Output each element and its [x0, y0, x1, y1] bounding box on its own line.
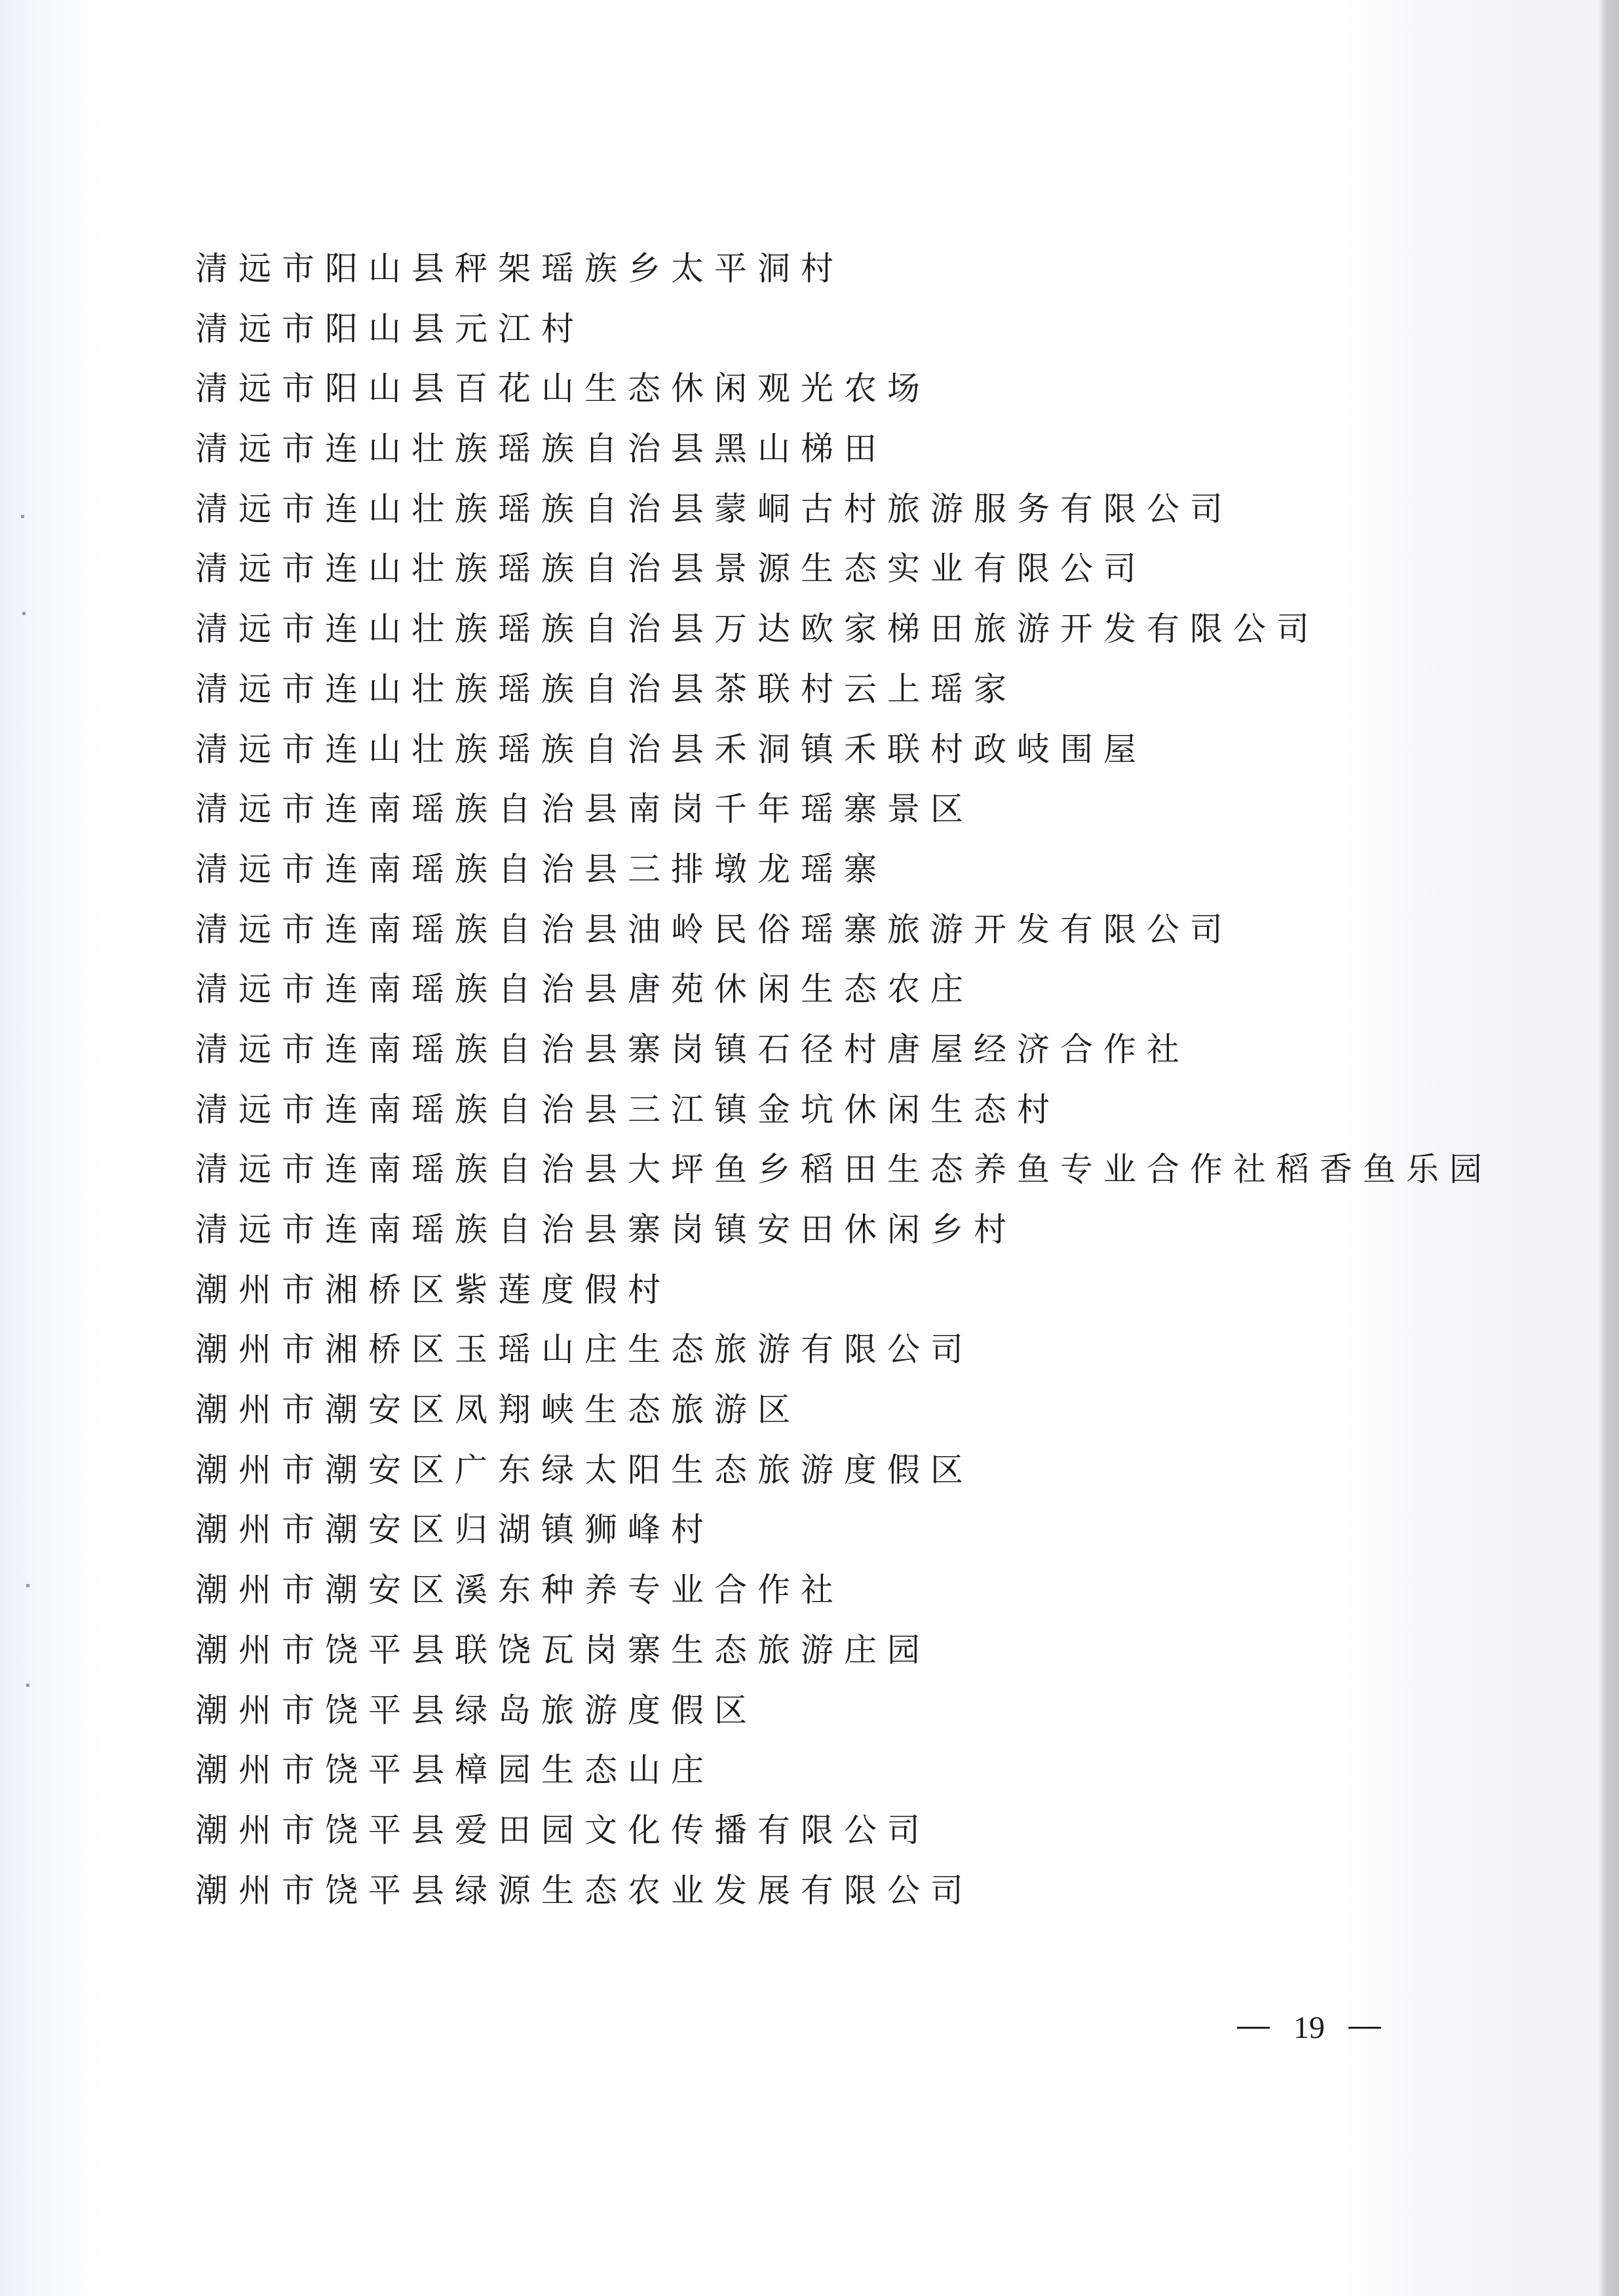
- list-item: 潮州市潮安区凤翔峡生态旅游区: [195, 1385, 1493, 1445]
- list-item: 清远市连山壮族瑶族自治县蒙峒古村旅游服务有限公司: [195, 484, 1493, 544]
- dash-right: [1348, 2027, 1381, 2029]
- list-item: 潮州市饶平县爱田园文化传播有限公司: [195, 1805, 1493, 1866]
- list-item: 潮州市饶平县樟园生态山庄: [195, 1745, 1493, 1805]
- list-item: 潮州市潮安区归湖镇狮峰村: [195, 1505, 1493, 1565]
- list-item: 清远市连南瑶族自治县三排墩龙瑶寨: [195, 844, 1493, 905]
- list-item: 清远市连山壮族瑶族自治县茶联村云上瑶家: [195, 664, 1493, 725]
- list-item: 清远市连南瑶族自治县南岗千年瑶寨景区: [195, 784, 1493, 844]
- list-item: 潮州市饶平县联饶瓦岗寨生态旅游庄园: [195, 1625, 1493, 1685]
- list-item: 清远市连南瑶族自治县三江镇金坑休闲生态村: [195, 1085, 1493, 1145]
- list-item: 清远市连山壮族瑶族自治县景源生态实业有限公司: [195, 544, 1493, 604]
- list-item: 潮州市潮安区广东绿太阳生态旅游度假区: [195, 1445, 1493, 1505]
- list-item: 潮州市湘桥区玉瑶山庄生态旅游有限公司: [195, 1325, 1493, 1385]
- list-item: 清远市连山壮族瑶族自治县万达欧家梯田旅游开发有限公司: [195, 604, 1493, 664]
- scan-speck: [26, 1684, 29, 1687]
- list-item: 清远市连山壮族瑶族自治县禾洞镇禾联村政岐围屋: [195, 725, 1493, 785]
- page-number: 19: [1237, 2010, 1381, 2046]
- list-item: 清远市连南瑶族自治县油岭民俗瑶寨旅游开发有限公司: [195, 905, 1493, 965]
- list-item: 潮州市湘桥区紫莲度假村: [195, 1265, 1493, 1325]
- scan-speck: [21, 515, 24, 518]
- list-item: 清远市阳山县百花山生态休闲观光农场: [195, 364, 1493, 424]
- scan-speck: [26, 1584, 29, 1587]
- document-page: 清远市阳山县秤架瑶族乡太平洞村 清远市阳山县元江村 清远市阳山县百花山生态休闲观…: [0, 0, 1619, 2296]
- list-item: 清远市阳山县元江村: [195, 304, 1493, 364]
- scan-speck: [22, 612, 26, 615]
- list-item: 清远市连山壮族瑶族自治县黑山梯田: [195, 424, 1493, 484]
- page-number-value: 19: [1293, 2010, 1325, 2046]
- dash-left: [1237, 2027, 1270, 2029]
- list-item: 清远市阳山县秤架瑶族乡太平洞村: [195, 244, 1493, 304]
- list-item: 潮州市潮安区溪东种养专业合作社: [195, 1565, 1493, 1625]
- list-item: 潮州市饶平县绿源生态农业发展有限公司: [195, 1866, 1493, 1926]
- list-item: 潮州市饶平县绿岛旅游度假区: [195, 1685, 1493, 1746]
- list-item: 清远市连南瑶族自治县唐苑休闲生态农庄: [195, 964, 1493, 1025]
- list-item: 清远市连南瑶族自治县大坪鱼乡稻田生态养鱼专业合作社稻香鱼乐园: [195, 1144, 1493, 1205]
- entry-list: 清远市阳山县秤架瑶族乡太平洞村 清远市阳山县元江村 清远市阳山县百花山生态休闲观…: [195, 244, 1493, 1925]
- list-item: 清远市连南瑶族自治县寨岗镇安田休闲乡村: [195, 1205, 1493, 1265]
- list-item: 清远市连南瑶族自治县寨岗镇石径村唐屋经济合作社: [195, 1025, 1493, 1085]
